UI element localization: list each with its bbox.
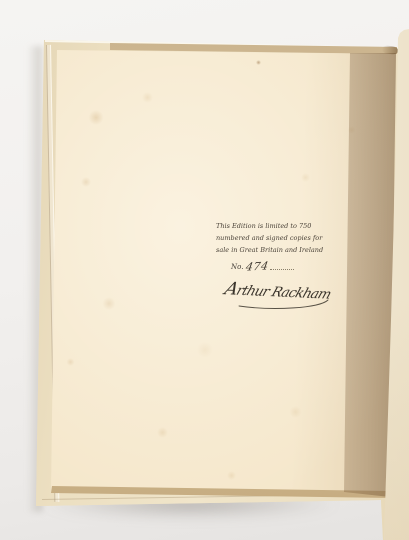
photo-of-open-book: This Edition is limited to 750 numbered … bbox=[0, 0, 409, 540]
limitation-line-1: This Edition is limited to 750 bbox=[216, 221, 300, 233]
copy-number-label: No. bbox=[231, 263, 243, 271]
copy-number: No.474 bbox=[231, 255, 294, 271]
signature-flourish-stroke bbox=[236, 298, 331, 312]
limitation-statement: This Edition is limited to 750 numbered … bbox=[216, 221, 300, 256]
dotted-line bbox=[270, 261, 294, 270]
copy-number-value: 474 bbox=[245, 259, 270, 273]
limitation-line-2: numbered and signed copies for bbox=[216, 233, 300, 245]
signature: Arthur Rackham bbox=[222, 279, 342, 313]
